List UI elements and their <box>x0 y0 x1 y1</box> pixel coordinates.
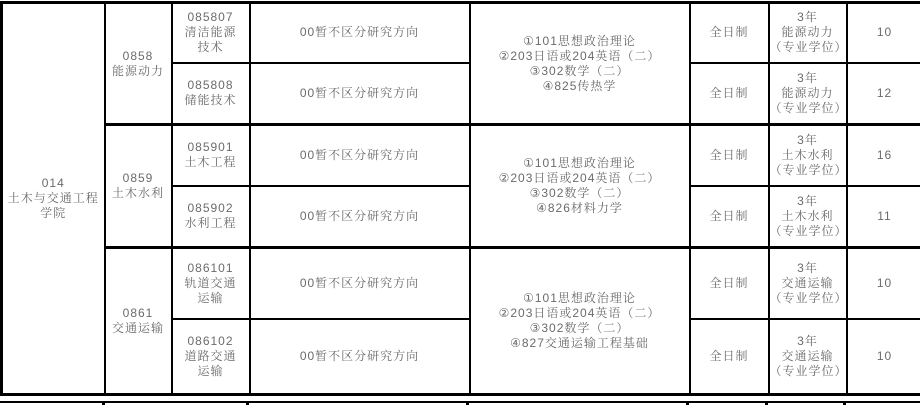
next-section-column-stub <box>246 401 249 405</box>
study-mode-cell: 全日制 <box>690 186 769 248</box>
exam-subjects-cell: ①101思想政治理论 ②203日语或204英语（二） ③302数学（二） ④82… <box>470 3 690 125</box>
program-cell: 085808 储能技术 <box>172 63 250 125</box>
next-section-column-stub <box>466 401 469 405</box>
study-mode-cell: 全日制 <box>690 3 769 63</box>
quota-cell: 12 <box>847 63 920 125</box>
quota-cell: 16 <box>847 125 920 186</box>
study-mode-cell: 全日制 <box>690 63 769 125</box>
admissions-table: 014 土木与交通工程 学院 0858 能源动力 085807 清洁能源 技术 … <box>0 1 920 396</box>
study-mode-cell: 全日制 <box>690 319 769 395</box>
college-cell: 014 土木与交通工程 学院 <box>2 3 105 395</box>
program-cell: 086101 轨道交通 运输 <box>172 248 250 319</box>
study-mode-cell: 全日制 <box>690 125 769 186</box>
next-section-column-stub <box>843 401 846 405</box>
research-direction-cell: 00暂不区分研究方向 <box>250 3 470 63</box>
next-section-column-stub <box>686 401 689 405</box>
program-cell: 086102 道路交通 运输 <box>172 319 250 395</box>
duration-degree-cell: 3年 交通运输 （专业学位） <box>769 248 847 319</box>
duration-degree-cell: 3年 土木水利 （专业学位） <box>769 125 847 186</box>
duration-degree-cell: 3年 交通运输 （专业学位） <box>769 319 847 395</box>
program-cell: 085902 水利工程 <box>172 186 250 248</box>
research-direction-cell: 00暂不区分研究方向 <box>250 186 470 248</box>
next-section-top-border <box>0 401 920 403</box>
admissions-catalog-page: 014 土木与交通工程 学院 0858 能源动力 085807 清洁能源 技术 … <box>0 0 920 405</box>
duration-degree-cell: 3年 能源动力 （专业学位） <box>769 3 847 63</box>
exam-subjects-cell: ①101思想政治理论 ②203日语或204英语（二） ③302数学（二） ④82… <box>470 125 690 248</box>
next-section-column-stub <box>102 401 105 405</box>
duration-degree-cell: 3年 能源动力 （专业学位） <box>769 63 847 125</box>
research-direction-cell: 00暂不区分研究方向 <box>250 63 470 125</box>
program-cell: 085901 土木工程 <box>172 125 250 186</box>
duration-degree-cell: 3年 土木水利 （专业学位） <box>769 186 847 248</box>
research-direction-cell: 00暂不区分研究方向 <box>250 319 470 395</box>
quota-cell: 10 <box>847 3 920 63</box>
program-cell: 085807 清洁能源 技术 <box>172 3 250 63</box>
quota-cell: 11 <box>847 186 920 248</box>
quota-cell: 10 <box>847 248 920 319</box>
discipline-cell: 0859 土木水利 <box>105 125 172 248</box>
study-mode-cell: 全日制 <box>690 248 769 319</box>
discipline-cell: 0858 能源动力 <box>105 3 172 125</box>
discipline-cell: 0861 交通运输 <box>105 248 172 395</box>
quota-cell: 10 <box>847 319 920 395</box>
next-section-column-stub <box>765 401 768 405</box>
research-direction-cell: 00暂不区分研究方向 <box>250 248 470 319</box>
research-direction-cell: 00暂不区分研究方向 <box>250 125 470 186</box>
exam-subjects-cell: ①101思想政治理论 ②203日语或204英语（二） ③302数学（二） ④82… <box>470 248 690 395</box>
